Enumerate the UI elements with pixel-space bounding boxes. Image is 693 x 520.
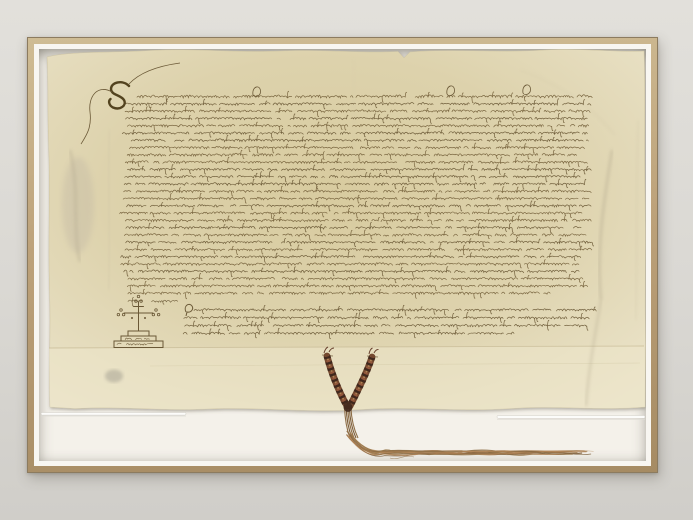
gallery-wall [0,0,693,520]
acrylic-shelf-right [497,416,645,420]
mat-board [39,49,646,461]
acrylic-shelf-left [41,413,186,417]
artwork-parchment-charter [39,49,646,461]
picture-frame [27,37,658,473]
frame-liner [34,44,651,466]
